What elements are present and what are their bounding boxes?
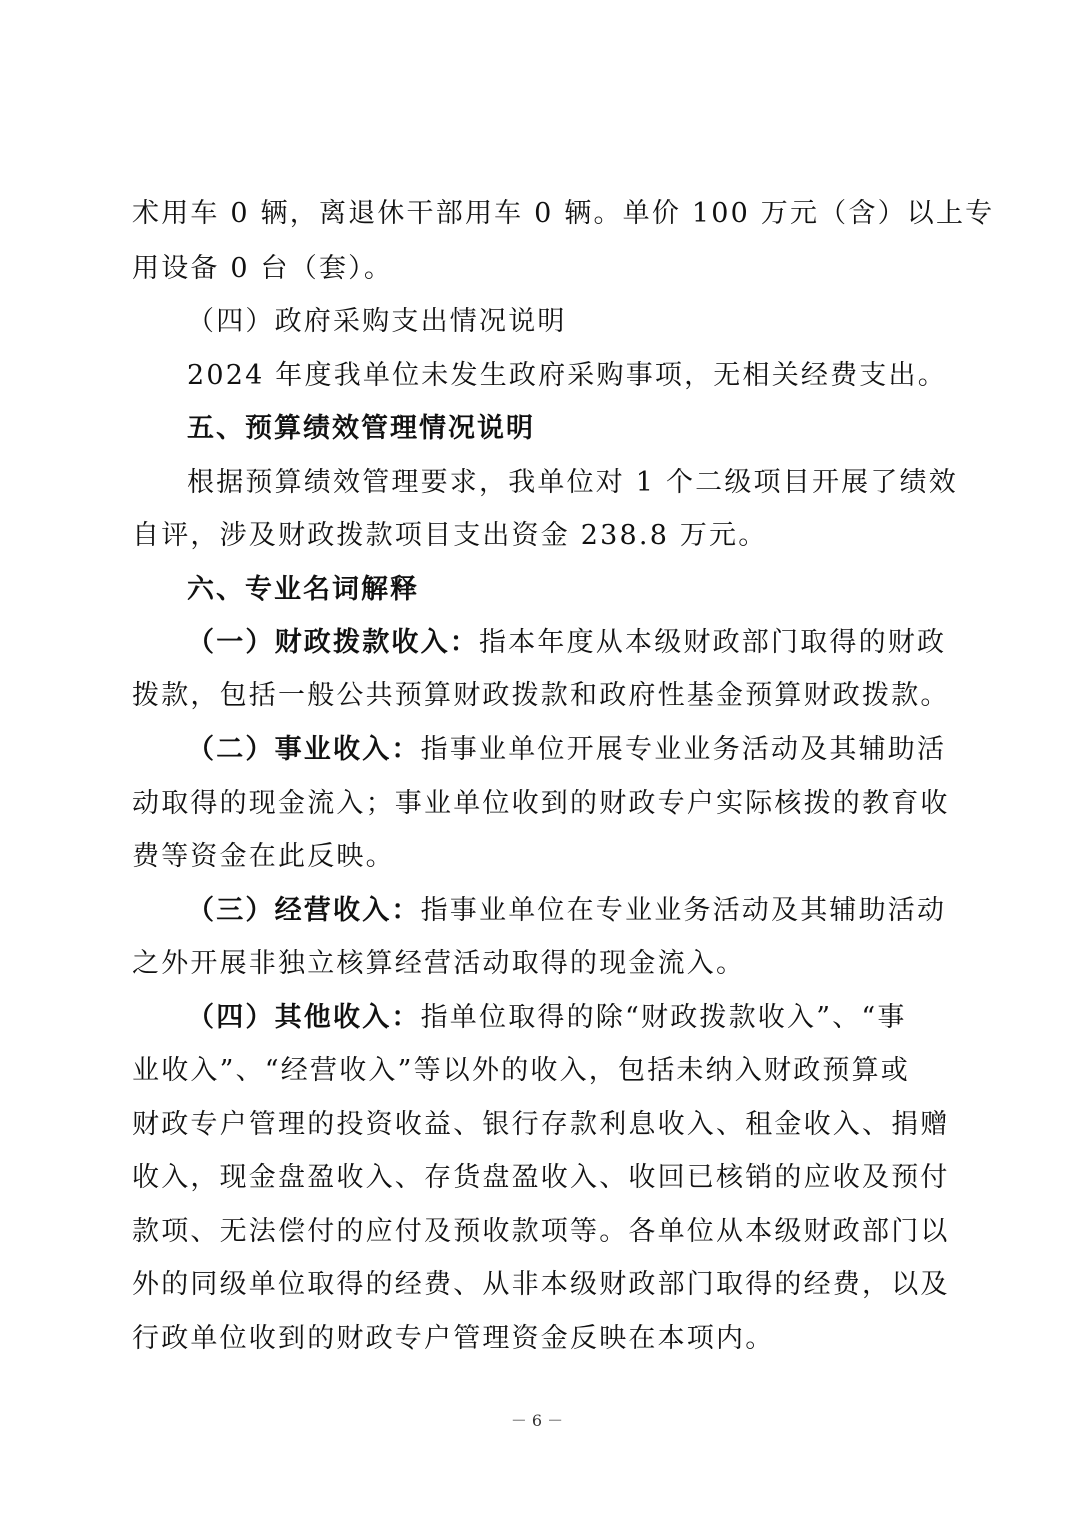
section-heading-glossary: 六、专业名词解释 [187, 572, 942, 608]
paragraph-line: 外的同级单位取得的经费、从非本级财政部门取得的经费，以及 [132, 1267, 942, 1303]
glossary-entry-operating-income: （三）经营收入：指事业单位在专业业务活动及其辅助活动 [187, 893, 942, 929]
glossary-entry-fiscal-appropriation: （一）财政拨款收入：指本年度从本级财政部门取得的财政 [187, 625, 942, 661]
paragraph-line: 费等资金在此反映。 [132, 839, 942, 875]
glossary-definition: 指事业单位开展专业业务活动及其辅助活 [421, 734, 947, 765]
paragraph-line: 行政单位收到的财政专户管理资金反映在本项内。 [132, 1321, 942, 1357]
glossary-term: （一）财政拨款收入： [187, 627, 479, 658]
glossary-term: （三）经营收入： [187, 895, 421, 926]
glossary-definition: 指单位取得的除“财政拨款收入”、“事 [421, 1002, 907, 1033]
paragraph-line: 根据预算绩效管理要求，我单位对 1 个二级项目开展了绩效 [187, 465, 942, 501]
subheading-government-procurement: （四）政府采购支出情况说明 [187, 304, 942, 340]
paragraph-line: 术用车 0 辆，离退休干部用车 0 辆。单价 100 万元（含）以上专 [132, 196, 942, 232]
page-number: － 6 － [0, 1408, 1074, 1431]
glossary-definition: 指事业单位在专业业务活动及其辅助活动 [421, 895, 947, 926]
paragraph-line: 自评，涉及财政拨款项目支出资金 238.8 万元。 [132, 518, 942, 554]
paragraph-line: 收入，现金盘盈收入、存货盘盈收入、收回已核销的应收及预付 [132, 1160, 942, 1196]
paragraph-line: 用设备 0 台（套）。 [132, 251, 942, 287]
paragraph-line: 之外开展非独立核算经营活动取得的现金流入。 [132, 946, 942, 982]
section-heading-performance: 五、预算绩效管理情况说明 [187, 411, 942, 447]
paragraph-line: 拨款，包括一般公共预算财政拨款和政府性基金预算财政拨款。 [132, 678, 942, 714]
paragraph-line: 财政专户管理的投资收益、银行存款利息收入、租金收入、捐赠 [132, 1107, 942, 1143]
glossary-entry-business-income: （二）事业收入：指事业单位开展专业业务活动及其辅助活 [187, 732, 942, 768]
glossary-term: （二）事业收入： [187, 734, 421, 765]
paragraph-line: 2024 年度我单位未发生政府采购事项，无相关经费支出。 [187, 358, 942, 394]
glossary-entry-other-income: （四）其他收入：指单位取得的除“财政拨款收入”、“事 [187, 1000, 942, 1036]
glossary-term: （四）其他收入： [187, 1002, 421, 1033]
paragraph-line: 动取得的现金流入；事业单位收到的财政专户实际核拨的教育收 [132, 786, 942, 822]
glossary-definition: 指本年度从本级财政部门取得的财政 [479, 627, 946, 658]
paragraph-line: 款项、无法偿付的应付及预收款项等。各单位从本级财政部门以 [132, 1214, 942, 1250]
paragraph-line: 业收入”、“经营收入”等以外的收入，包括未纳入财政预算或 [132, 1053, 942, 1089]
